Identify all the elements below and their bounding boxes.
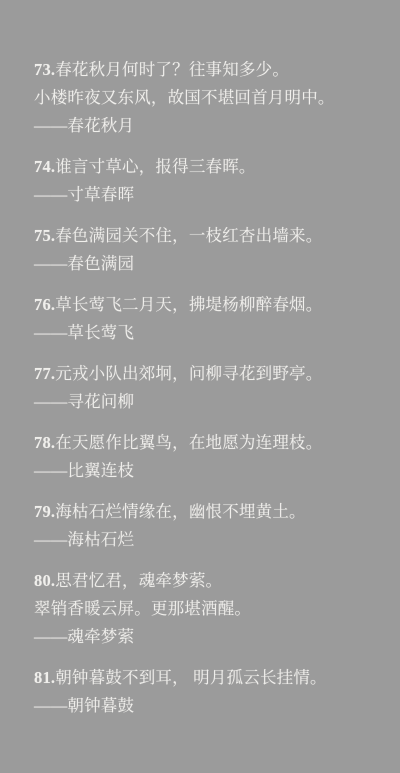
poem-text: 朝钟暮鼓不到耳， 明月孤云长挂情。 (55, 668, 327, 687)
poem-item-76: 76.草长莺飞二月天，拂堤杨柳醉春烟。 ——草长莺飞 (34, 291, 372, 347)
poem-text: 在天愿作比翼鸟，在地愿为连理枝。 (55, 433, 322, 452)
poem-text: 思君忆君，魂牵梦萦。 (55, 571, 222, 590)
poem-line: 74.谁言寸草心，报得三春晖。 (34, 153, 372, 181)
poem-line: 77.元戎小队出郊坰，问柳寻花到野亭。 (34, 360, 372, 388)
item-number: 76. (34, 295, 55, 314)
poem-line: 81.朝钟暮鼓不到耳， 明月孤云长挂情。 (34, 664, 372, 692)
answer-line: ——春色满园 (34, 250, 372, 278)
answer-line: ——寸草春晖 (34, 181, 372, 209)
answer-line: ——寻花问柳 (34, 388, 372, 416)
poem-line: 76.草长莺飞二月天，拂堤杨柳醉春烟。 (34, 291, 372, 319)
item-number: 73. (34, 60, 55, 79)
item-number: 80. (34, 571, 55, 590)
poem-text: 春花秋月何时了？往事知多少。 (55, 60, 289, 79)
poem-text: 谁言寸草心，报得三春晖。 (55, 157, 255, 176)
item-number: 78. (34, 433, 55, 452)
poem-text: 海枯石烂情缘在，幽恨不埋黄土。 (55, 502, 306, 521)
poem-riddle-page: 73.春花秋月何时了？往事知多少。 小楼昨夜又东风，故国不堪回首月明中。 ——春… (0, 0, 400, 773)
item-number: 81. (34, 668, 55, 687)
item-number: 79. (34, 502, 55, 521)
poem-item-79: 79.海枯石烂情缘在，幽恨不埋黄土。 ——海枯石烂 (34, 498, 372, 554)
item-number: 74. (34, 157, 55, 176)
answer-line: ——春花秋月 (34, 112, 372, 140)
poem-line: 75.春色满园关不住，一枝红杏出墙来。 (34, 222, 372, 250)
poem-item-75: 75.春色满园关不住，一枝红杏出墙来。 ——春色满园 (34, 222, 372, 278)
poem-line: 小楼昨夜又东风，故国不堪回首月明中。 (34, 84, 372, 112)
poem-item-74: 74.谁言寸草心，报得三春晖。 ——寸草春晖 (34, 153, 372, 209)
answer-line: ——朝钟暮鼓 (34, 692, 372, 720)
item-number: 77. (34, 364, 55, 383)
poem-item-80: 80.思君忆君，魂牵梦萦。 翠销香暖云屏。更那堪酒醒。 ——魂牵梦萦 (34, 567, 372, 651)
answer-line: ——比翼连枝 (34, 457, 372, 485)
answer-line: ——草长莺飞 (34, 319, 372, 347)
poem-text: 草长莺飞二月天，拂堤杨柳醉春烟。 (55, 295, 322, 314)
item-number: 75. (34, 226, 55, 245)
answer-line: ——海枯石烂 (34, 526, 372, 554)
poem-item-78: 78.在天愿作比翼鸟，在地愿为连理枝。 ——比翼连枝 (34, 429, 372, 485)
poem-text: 春色满园关不住，一枝红杏出墙来。 (55, 226, 322, 245)
poem-item-73: 73.春花秋月何时了？往事知多少。 小楼昨夜又东风，故国不堪回首月明中。 ——春… (34, 56, 372, 140)
poem-line: 80.思君忆君，魂牵梦萦。 (34, 567, 372, 595)
poem-line: 79.海枯石烂情缘在，幽恨不埋黄土。 (34, 498, 372, 526)
poem-line: 翠销香暖云屏。更那堪酒醒。 (34, 595, 372, 623)
poem-item-77: 77.元戎小队出郊坰，问柳寻花到野亭。 ——寻花问柳 (34, 360, 372, 416)
answer-line: ——魂牵梦萦 (34, 623, 372, 651)
poem-line: 78.在天愿作比翼鸟，在地愿为连理枝。 (34, 429, 372, 457)
poem-item-81: 81.朝钟暮鼓不到耳， 明月孤云长挂情。 ——朝钟暮鼓 (34, 664, 372, 720)
poem-text: 元戎小队出郊坰，问柳寻花到野亭。 (55, 364, 322, 383)
poem-line: 73.春花秋月何时了？往事知多少。 (34, 56, 372, 84)
